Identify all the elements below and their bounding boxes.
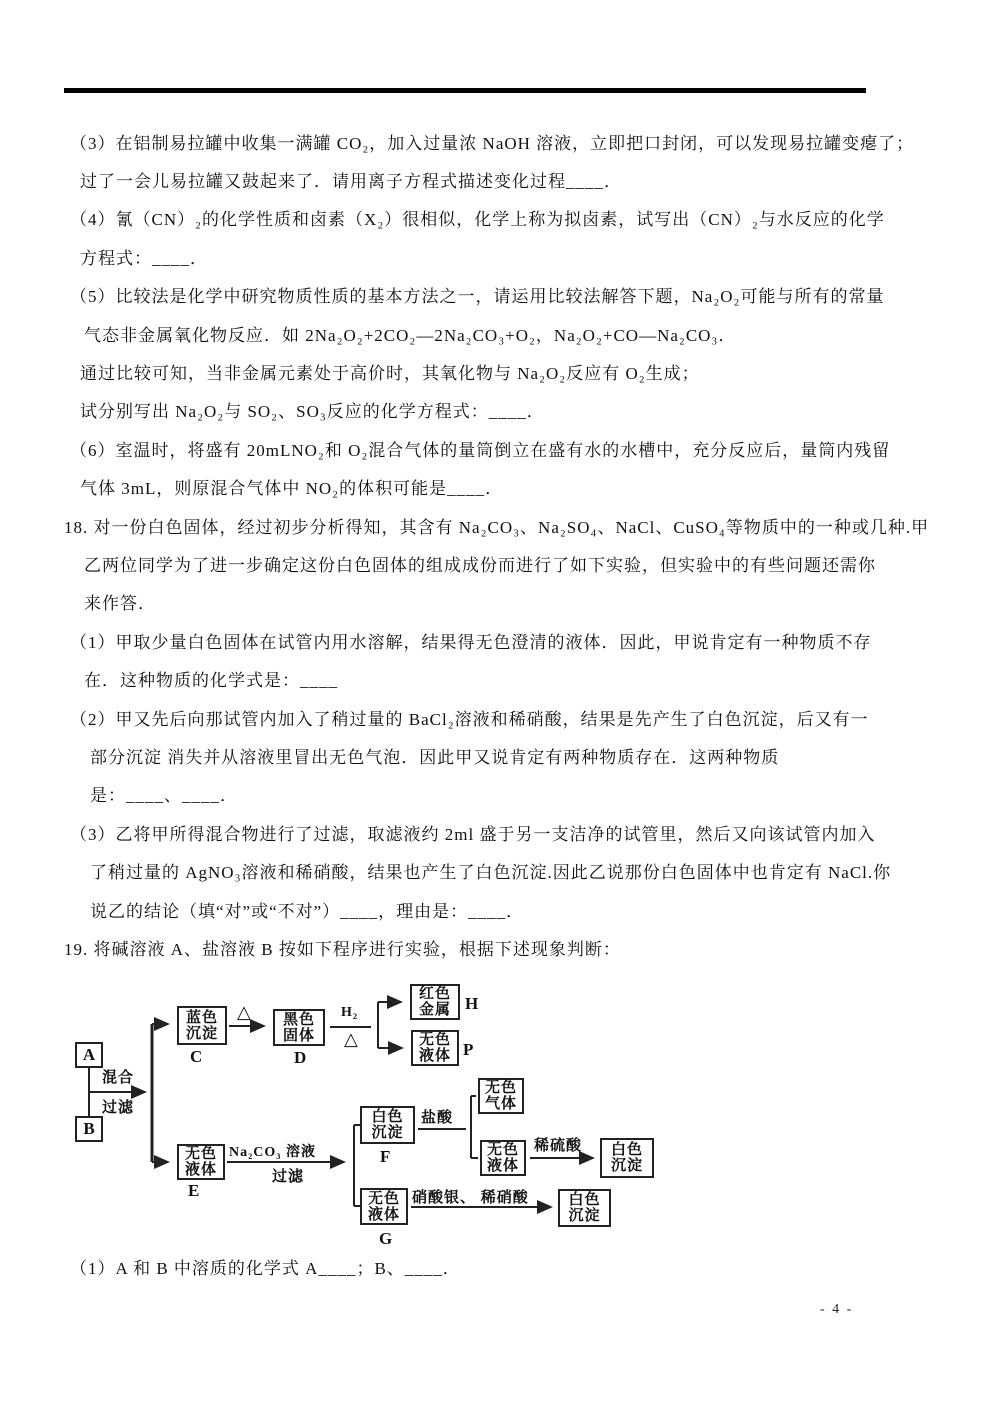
- node-text: 固体: [283, 1028, 315, 1044]
- node-text: 沉淀: [611, 1158, 643, 1174]
- node-text: 液体: [419, 1048, 451, 1064]
- text-line: （4）氰（CN）₂的化学性质和卤素（X₂）很相似，化学上称为拟卤素，试写出（CN…: [0, 199, 992, 237]
- question-18-line: 18. 对一份白色固体，经过初步分析得知，其含有 Na₂CO₃、Na₂SO₄、N…: [0, 506, 992, 544]
- node-text: 无色: [487, 1142, 519, 1158]
- node-black-solid-d: 黑色 固体: [273, 1009, 325, 1046]
- text-line: 来作答．: [0, 583, 992, 621]
- node-text: 沉淀: [371, 1125, 403, 1141]
- text-line: 通过比较可知，当非金属元素处于高价时，其氧化物与 Na₂O₂反应有 O₂生成；: [0, 352, 992, 390]
- label-hydrochloric-acid: 盐酸: [421, 1106, 453, 1127]
- node-text: 白色: [611, 1142, 643, 1158]
- text-line: 说乙的结论（填“对”或“不对”）____，理由是：____．: [0, 890, 992, 928]
- text-line: （1）甲取少量白色固体在试管内用水溶解，结果得无色澄清的液体．因此，甲说肯定有一…: [0, 621, 992, 659]
- scanned-exam-page: （3）在铝制易拉罐中收集一满罐 CO₂，加入过量浓 NaOH 溶液，立即把口封闭…: [0, 0, 992, 1403]
- label-filter-2: 过滤: [272, 1165, 304, 1186]
- label-h2: H₂: [341, 1005, 358, 1021]
- node-text: 金属: [419, 1002, 451, 1018]
- text-line: 乙两位同学为了进一步确定这份白色固体的组成成份而进行了如下实验，但实验中的有些问…: [0, 544, 992, 582]
- node-text: 无色: [185, 1146, 217, 1162]
- label-filter: 过滤: [102, 1096, 134, 1117]
- node-colorless-liquid-p: 无色 液体: [411, 1030, 459, 1066]
- text-line: 方程式：____．: [0, 237, 992, 275]
- letter-d: D: [294, 1048, 306, 1068]
- node-a: A: [75, 1042, 103, 1068]
- text-line: 气体 3mL，则原混合气体中 NO₂的体积可能是____．: [0, 468, 992, 506]
- node-text: 黑色: [283, 1012, 315, 1028]
- node-colorless-gas: 无色 气体: [478, 1078, 524, 1114]
- text-line: （3）在铝制易拉罐中收集一满罐 CO₂，加入过量浓 NaOH 溶液，立即把口封闭…: [0, 122, 992, 160]
- text-line: （6）室温时，将盛有 20mLNO₂和 O₂混合气体的量筒倒立在盛有水的水槽中，…: [0, 429, 992, 467]
- letter-h: H: [465, 994, 478, 1014]
- letter-c: C: [190, 1047, 202, 1067]
- letter-f: F: [380, 1147, 390, 1167]
- text-line: （2）甲又先后向那试管内加入了稍过量的 BaCl₂溶液和稀硝酸，结果是先产生了白…: [0, 698, 992, 736]
- text-line: 过了一会儿易拉罐又鼓起来了．请用离子方程式描述变化过程____．: [0, 160, 992, 198]
- text-line: （1）A 和 B 中溶质的化学式 A____；B、____．: [0, 1247, 992, 1285]
- node-colorless-liquid-e: 无色 液体: [177, 1144, 225, 1180]
- letter-p: P: [463, 1040, 473, 1060]
- header-rule: [64, 88, 866, 93]
- node-white-precipitate-f: 白色 沉淀: [360, 1106, 415, 1144]
- node-red-metal-h: 红色 金属: [410, 984, 460, 1020]
- text-line: （3）乙将甲所得混合物进行了过滤，取滤液约 2ml 盛于另一支洁净的试管里，然后…: [0, 813, 992, 851]
- node-text: 白色: [568, 1192, 600, 1208]
- letter-e: E: [188, 1181, 199, 1201]
- text-line: 部分沉淀 消失并从溶液里冒出无色气泡．因此甲又说肯定有两种物质存在．这两种物质: [0, 736, 992, 774]
- node-colorless-liquid-after-hcl: 无色 液体: [480, 1140, 526, 1176]
- node-white-precipitate-after-h2so4: 白色 沉淀: [600, 1138, 654, 1178]
- label-silver-nitrate-dilute-nitric-acid: 硝酸银、 稀硝酸: [412, 1186, 529, 1207]
- label-delta-1: △: [237, 1002, 252, 1023]
- node-text: 沉淀: [186, 1026, 218, 1042]
- node-text: 无色: [368, 1191, 400, 1207]
- label-delta-2: △: [344, 1029, 359, 1050]
- node-a-label: A: [83, 1045, 95, 1065]
- text-line: 试分别写出 Na₂O₂与 SO₂、SO₃反应的化学方程式：____．: [0, 391, 992, 429]
- node-b-label: B: [83, 1119, 94, 1139]
- text-line: 了稍过量的 AgNO₃溶液和稀硝酸，结果也产生了白色沉淀.因此乙说那份白色固体中…: [0, 851, 992, 889]
- node-text: 蓝色: [186, 1010, 218, 1026]
- node-b: B: [75, 1116, 103, 1142]
- page-number: - 4 -: [820, 1302, 853, 1318]
- letter-g: G: [379, 1229, 392, 1249]
- label-mix: 混合: [102, 1066, 134, 1087]
- node-text: 气体: [485, 1096, 517, 1112]
- node-text: 无色: [485, 1080, 517, 1096]
- node-white-precipitate-after-agno3: 白色 沉淀: [558, 1189, 611, 1227]
- node-blue-precipitate-c: 蓝色 沉淀: [177, 1006, 227, 1045]
- node-text: 液体: [368, 1207, 400, 1223]
- node-text: 白色: [371, 1109, 403, 1125]
- node-text: 沉淀: [568, 1208, 600, 1224]
- text-line: 是：____、____．: [0, 775, 992, 813]
- text-line: （5）比较法是化学中研究物质性质的基本方法之一，请运用比较法解答下题，Na₂O₂…: [0, 276, 992, 314]
- node-colorless-liquid-g: 无色 液体: [360, 1188, 408, 1225]
- node-text: 无色: [419, 1032, 451, 1048]
- node-text: 红色: [419, 986, 451, 1002]
- node-text: 液体: [185, 1162, 217, 1178]
- label-na2co3-solution: Na₂CO₃ 溶液: [229, 1141, 316, 1161]
- text-line: 气态非金属氧化物反应．如 2Na₂O₂+2CO₂—2Na₂CO₃+O₂，Na₂O…: [0, 314, 992, 352]
- question-19-line: 19. 将碱溶液 A、盐溶液 B 按如下程序进行实验，根据下述现象判断：: [0, 928, 992, 966]
- question-text-block: （3）在铝制易拉罐中收集一满罐 CO₂，加入过量浓 NaOH 溶液，立即把口封闭…: [0, 122, 992, 967]
- text-line: 在．这种物质的化学式是：____: [0, 659, 992, 697]
- question-19-sub1: （1）A 和 B 中溶质的化学式 A____；B、____．: [0, 1247, 992, 1285]
- label-dilute-sulfuric-acid: 稀硫酸: [534, 1134, 582, 1155]
- node-text: 液体: [487, 1158, 519, 1174]
